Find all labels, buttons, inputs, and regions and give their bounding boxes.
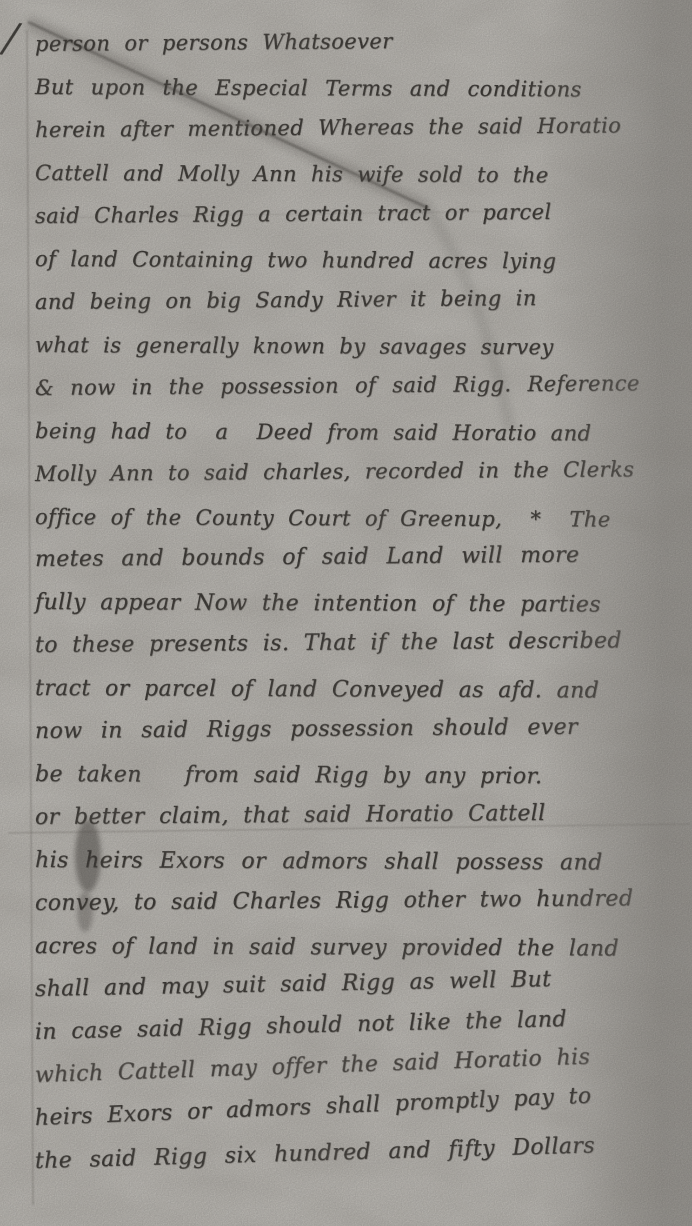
manuscript-line: convey, to said Charles Rigg other two h… [35,876,686,924]
manuscript-line: & now in the possession of said Rigg. Re… [35,360,686,408]
manuscript-line: to these presents is. That if the last d… [35,618,686,666]
manuscript-line: said Charles Rigg a certain tract or par… [35,188,686,236]
manuscript-line: person or persons Whatsoever [35,16,686,64]
manuscript-line: or better claim, that said Horatio Catte… [35,790,686,838]
manuscript-line: now in said Riggs possession should ever [35,704,686,752]
manuscript-line: and being on big Sandy River it being in [35,274,686,322]
scanned-manuscript-page: person or persons Whatsoever But upon th… [0,0,692,1226]
manuscript-line: metes and bounds of said Land will more [35,532,686,580]
manuscript-line: herein after mentioned Whereas the said … [35,102,686,150]
manuscript-line: Molly Ann to said charles, recorded in t… [35,446,686,494]
manuscript-text-block: person or persons Whatsoever But upon th… [35,21,686,1182]
